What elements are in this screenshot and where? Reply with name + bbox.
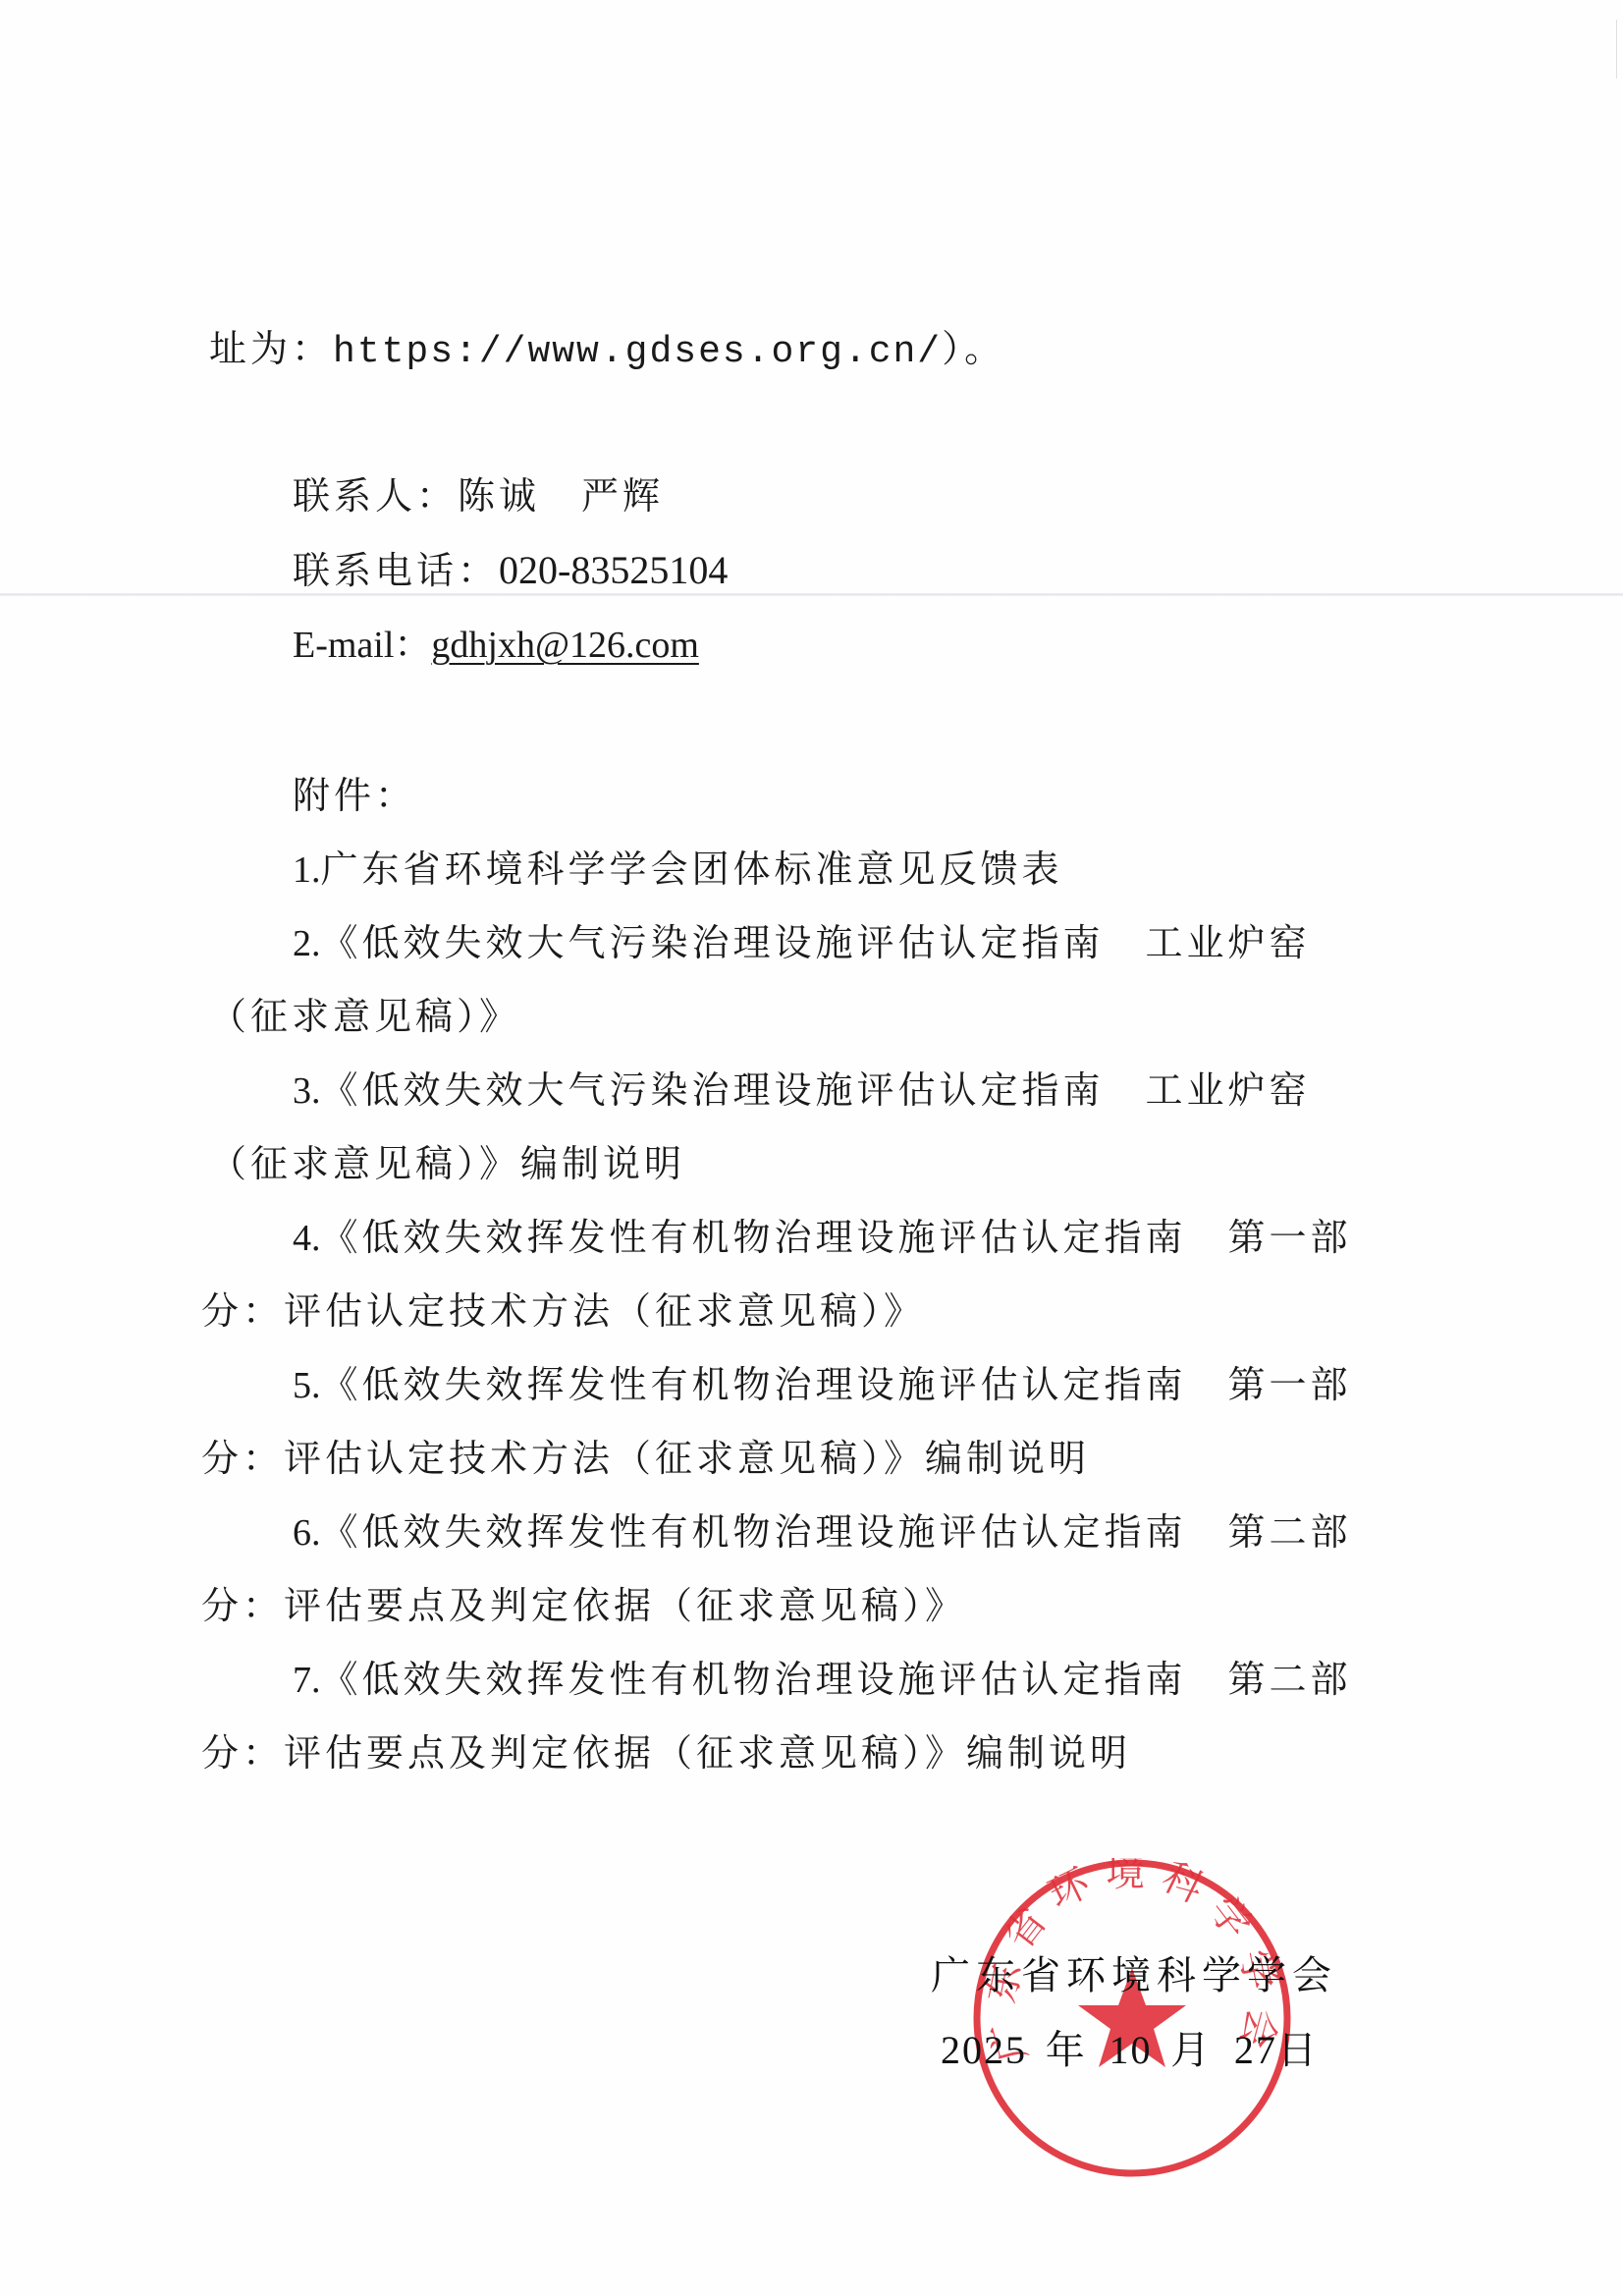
attachment-number: 1.: [293, 849, 321, 891]
attachments-heading: 附件：: [293, 772, 416, 819]
scan-fold-line: [0, 593, 1623, 596]
website-link[interactable]: https://www.gdses.org.cn/: [333, 331, 942, 373]
contact-phone-label: 联系电话：: [293, 549, 499, 592]
date-year: 2025: [941, 2028, 1027, 2072]
contact-email-link[interactable]: gdhjxh@126.com: [431, 625, 698, 666]
contact-person-label: 联系人：: [293, 474, 458, 518]
attachment-number: 6.: [293, 1512, 321, 1554]
contact-email-label: E-mail：: [293, 625, 431, 666]
attachment-item-2-continued: （征求意见稿）》: [209, 993, 520, 1040]
date-month-unit: 月: [1170, 2028, 1216, 2073]
attachment-item-3-continued: （征求意见稿）》编制说明: [209, 1140, 685, 1187]
attachment-title: 《低效失效大气污染治理设施评估认定指南 工业炉窑: [321, 1068, 1311, 1112]
attachment-item-1: 1.广东省环境科学学会团体标准意见反馈表: [293, 846, 1063, 894]
contact-phone-line: 联系电话：020-83525104: [293, 547, 728, 594]
attachment-item-4-continued: 分：评估认定技术方法（征求意见稿）》: [201, 1287, 925, 1335]
attachment-title: 《低效失效挥发性有机物治理设施评估认定指南 第二部: [321, 1510, 1352, 1554]
attachment-number: 5.: [293, 1365, 321, 1406]
date-month: 10: [1109, 2028, 1152, 2072]
attachment-number: 2.: [293, 923, 321, 964]
attachment-item-7: 7.《低效失效挥发性有机物治理设施评估认定指南 第二部: [293, 1656, 1352, 1704]
date-day: 27: [1234, 2028, 1277, 2072]
attachment-title: 《低效失效挥发性有机物治理设施评估认定指南 第一部: [321, 1216, 1352, 1259]
contact-person-line: 联系人：陈诚 严辉: [293, 472, 664, 519]
attachment-item-5: 5.《低效失效挥发性有机物治理设施评估认定指南 第一部: [293, 1361, 1352, 1409]
attachment-item-5-continued: 分：评估认定技术方法（征求意见稿）》编制说明: [201, 1435, 1090, 1482]
website-line: 址为：https://www.gdses.org.cn/）。: [209, 325, 1005, 376]
document-page: 址为：https://www.gdses.org.cn/）。 联系人：陈诚 严辉…: [0, 0, 1623, 2296]
attachment-number: 7.: [293, 1660, 321, 1701]
date-day-unit: 日: [1277, 2028, 1323, 2073]
website-prefix: 址为：: [209, 327, 333, 370]
date-year-unit: 年: [1046, 2028, 1091, 2073]
signature-organization: 广东省环境科学学会: [931, 1952, 1337, 1999]
official-seal-icon: 广东省环境科学学会: [972, 1858, 1292, 2178]
attachment-item-6-continued: 分：评估要点及判定依据（征求意见稿）》: [201, 1582, 966, 1629]
attachment-item-4: 4.《低效失效挥发性有机物治理设施评估认定指南 第一部: [293, 1214, 1352, 1262]
contact-email-line: E-mail：gdhjxh@126.com: [293, 621, 699, 669]
website-suffix: ）。: [942, 327, 1005, 370]
scan-edge-mark: [1616, 20, 1617, 79]
contact-person-value: 陈诚 严辉: [458, 474, 664, 518]
attachment-title: 《低效失效挥发性有机物治理设施评估认定指南 第二部: [321, 1658, 1352, 1701]
attachment-item-6: 6.《低效失效挥发性有机物治理设施评估认定指南 第二部: [293, 1508, 1352, 1557]
attachment-title: 《低效失效大气污染治理设施评估认定指南 工业炉窑: [321, 921, 1311, 964]
attachment-title: 广东省环境科学学会团体标准意见反馈表: [321, 847, 1063, 891]
attachment-number: 3.: [293, 1070, 321, 1112]
contact-phone-value: 020-83525104: [499, 548, 728, 592]
attachment-number: 4.: [293, 1218, 321, 1259]
signature-date: 2025 年 10 月 27日: [941, 2027, 1323, 2074]
attachment-title: 《低效失效挥发性有机物治理设施评估认定指南 第一部: [321, 1363, 1352, 1406]
attachment-item-2: 2.《低效失效大气污染治理设施评估认定指南 工业炉窑: [293, 919, 1311, 967]
attachment-item-7-continued: 分：评估要点及判定依据（征求意见稿）》编制说明: [201, 1729, 1131, 1777]
attachment-item-3: 3.《低效失效大气污染治理设施评估认定指南 工业炉窑: [293, 1066, 1311, 1115]
